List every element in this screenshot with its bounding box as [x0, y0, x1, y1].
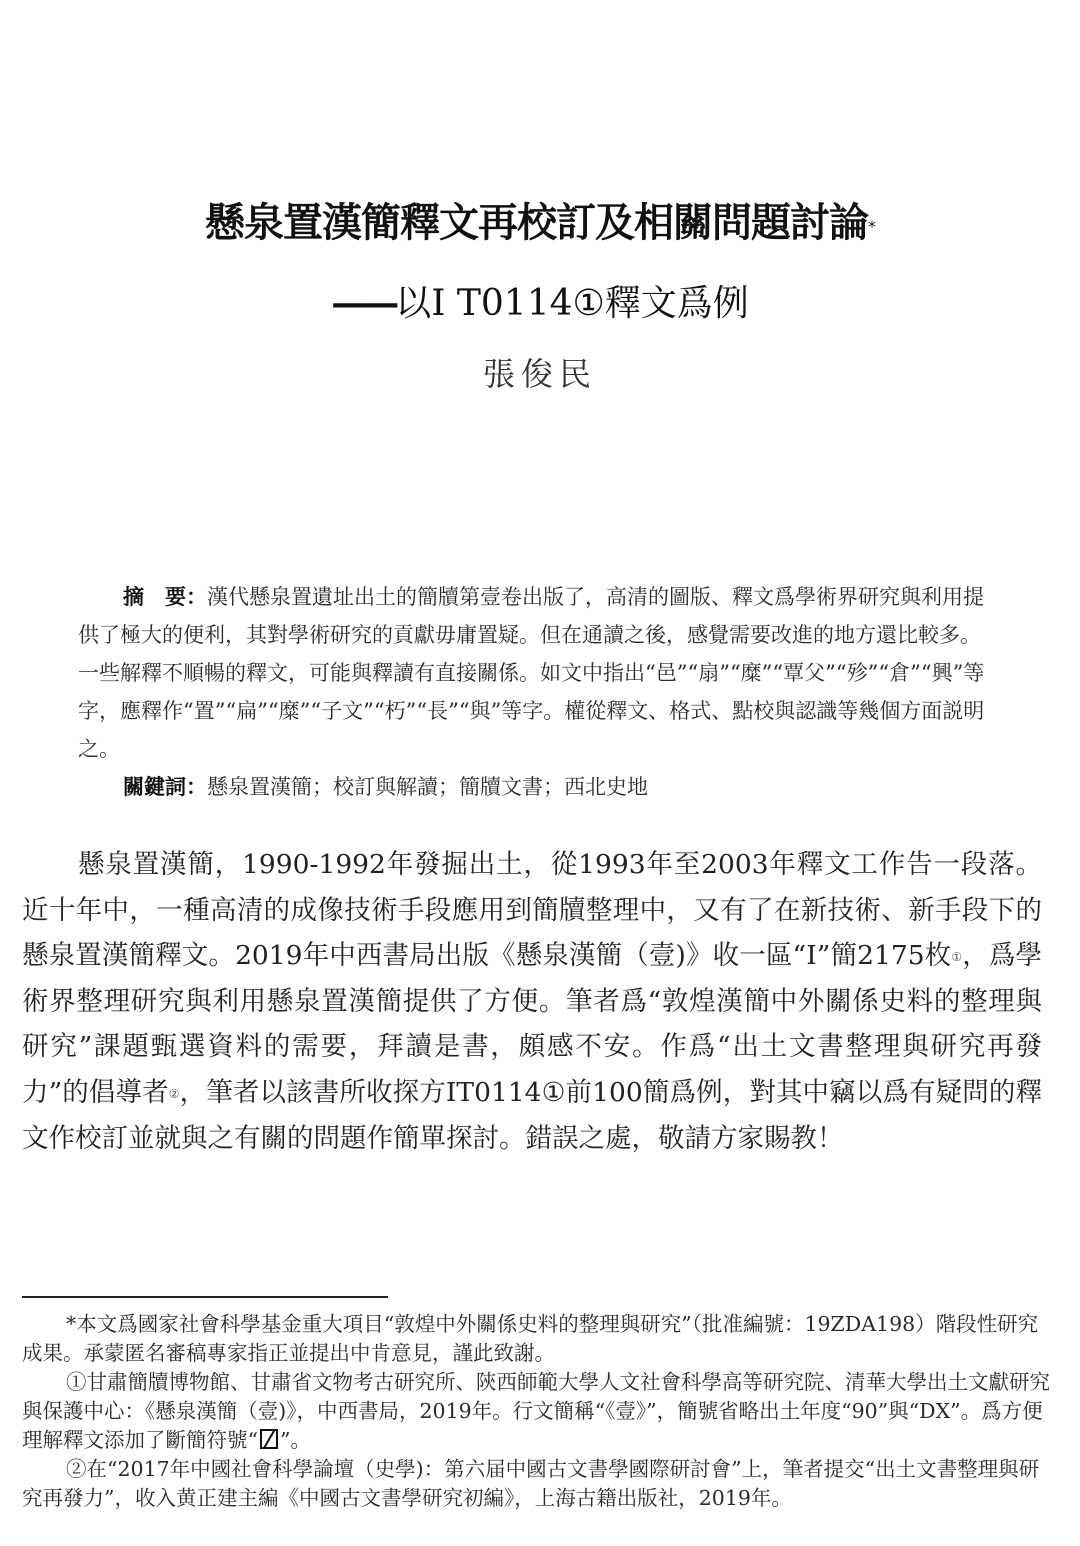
- title-text: 懸泉置漢簡釋文再校訂及相關問題討論: [205, 200, 868, 246]
- abstract-text: 漢代懸泉置遺址出土的簡牘第壹卷出版了，高清的圖版、釋文爲學術界研究與利用提供了極…: [78, 585, 984, 761]
- broken-slip-mark-icon: [260, 1429, 278, 1449]
- keywords-paragraph: 關鍵詞：懸泉置漢簡；校訂與解讀；簡牘文書；西北史地: [78, 768, 988, 806]
- paper-subtitle: ——以I T0114①釋文爲例: [0, 278, 1080, 329]
- keywords-label: 關鍵詞：: [123, 775, 207, 799]
- subtitle-text: 以I T0114①釋文爲例: [395, 283, 749, 324]
- title-footnote-mark: *: [868, 217, 875, 236]
- footnote-1: ①甘肅簡牘博物館、甘肅省文物考古研究所、陝西師範大學人文社會科學高等研究院、清華…: [22, 1368, 1052, 1455]
- footnote-ref-2[interactable]: ②: [169, 1087, 180, 1101]
- footnote-1-text: ①甘肅簡牘博物館、甘肅省文物考古研究所、陝西師範大學人文社會科學高等研究院、清華…: [22, 1370, 1050, 1452]
- footnotes-section: *本文爲國家社會科學基金重大項目“敦煌中外關係史料的整理與研究”（批准編號：19…: [22, 1310, 1052, 1513]
- footnote-ref-1[interactable]: ①: [951, 950, 962, 964]
- body-text-part1: 懸泉置漢簡，1990-1992年發掘出土，從1993年至2003年釋文工作告一段…: [22, 849, 1042, 971]
- keywords-text: 懸泉置漢簡；校訂與解讀；簡牘文書；西北史地: [207, 775, 648, 799]
- body-section: 懸泉置漢簡，1990-1992年發掘出土，從1993年至2003年釋文工作告一段…: [22, 842, 1042, 1161]
- abstract-paragraph: 摘 要：漢代懸泉置遺址出土的簡牘第壹卷出版了，高清的圖版、釋文爲學術界研究與利用…: [78, 578, 988, 768]
- footnote-2: ②在“2017年中國社會科學論壇（史學)：第六届中國古文書學國際研討會”上，筆者…: [22, 1455, 1052, 1513]
- author-name: 張俊民: [0, 350, 1080, 398]
- abstract-label: 摘 要：: [123, 585, 207, 609]
- footnote-1-tail: ”。: [280, 1428, 311, 1452]
- subtitle-dash: ——: [331, 282, 395, 324]
- footnote-star: *本文爲國家社會科學基金重大項目“敦煌中外關係史料的整理與研究”（批准編號：19…: [22, 1310, 1052, 1368]
- body-paragraph: 懸泉置漢簡，1990-1992年發掘出土，從1993年至2003年釋文工作告一段…: [22, 842, 1042, 1161]
- abstract-section: 摘 要：漢代懸泉置遺址出土的簡牘第壹卷出版了，高清的圖版、釋文爲學術界研究與利用…: [78, 578, 988, 806]
- paper-title: 懸泉置漢簡釋文再校訂及相關問題討論*: [0, 196, 1080, 250]
- footnote-divider: [22, 1296, 388, 1298]
